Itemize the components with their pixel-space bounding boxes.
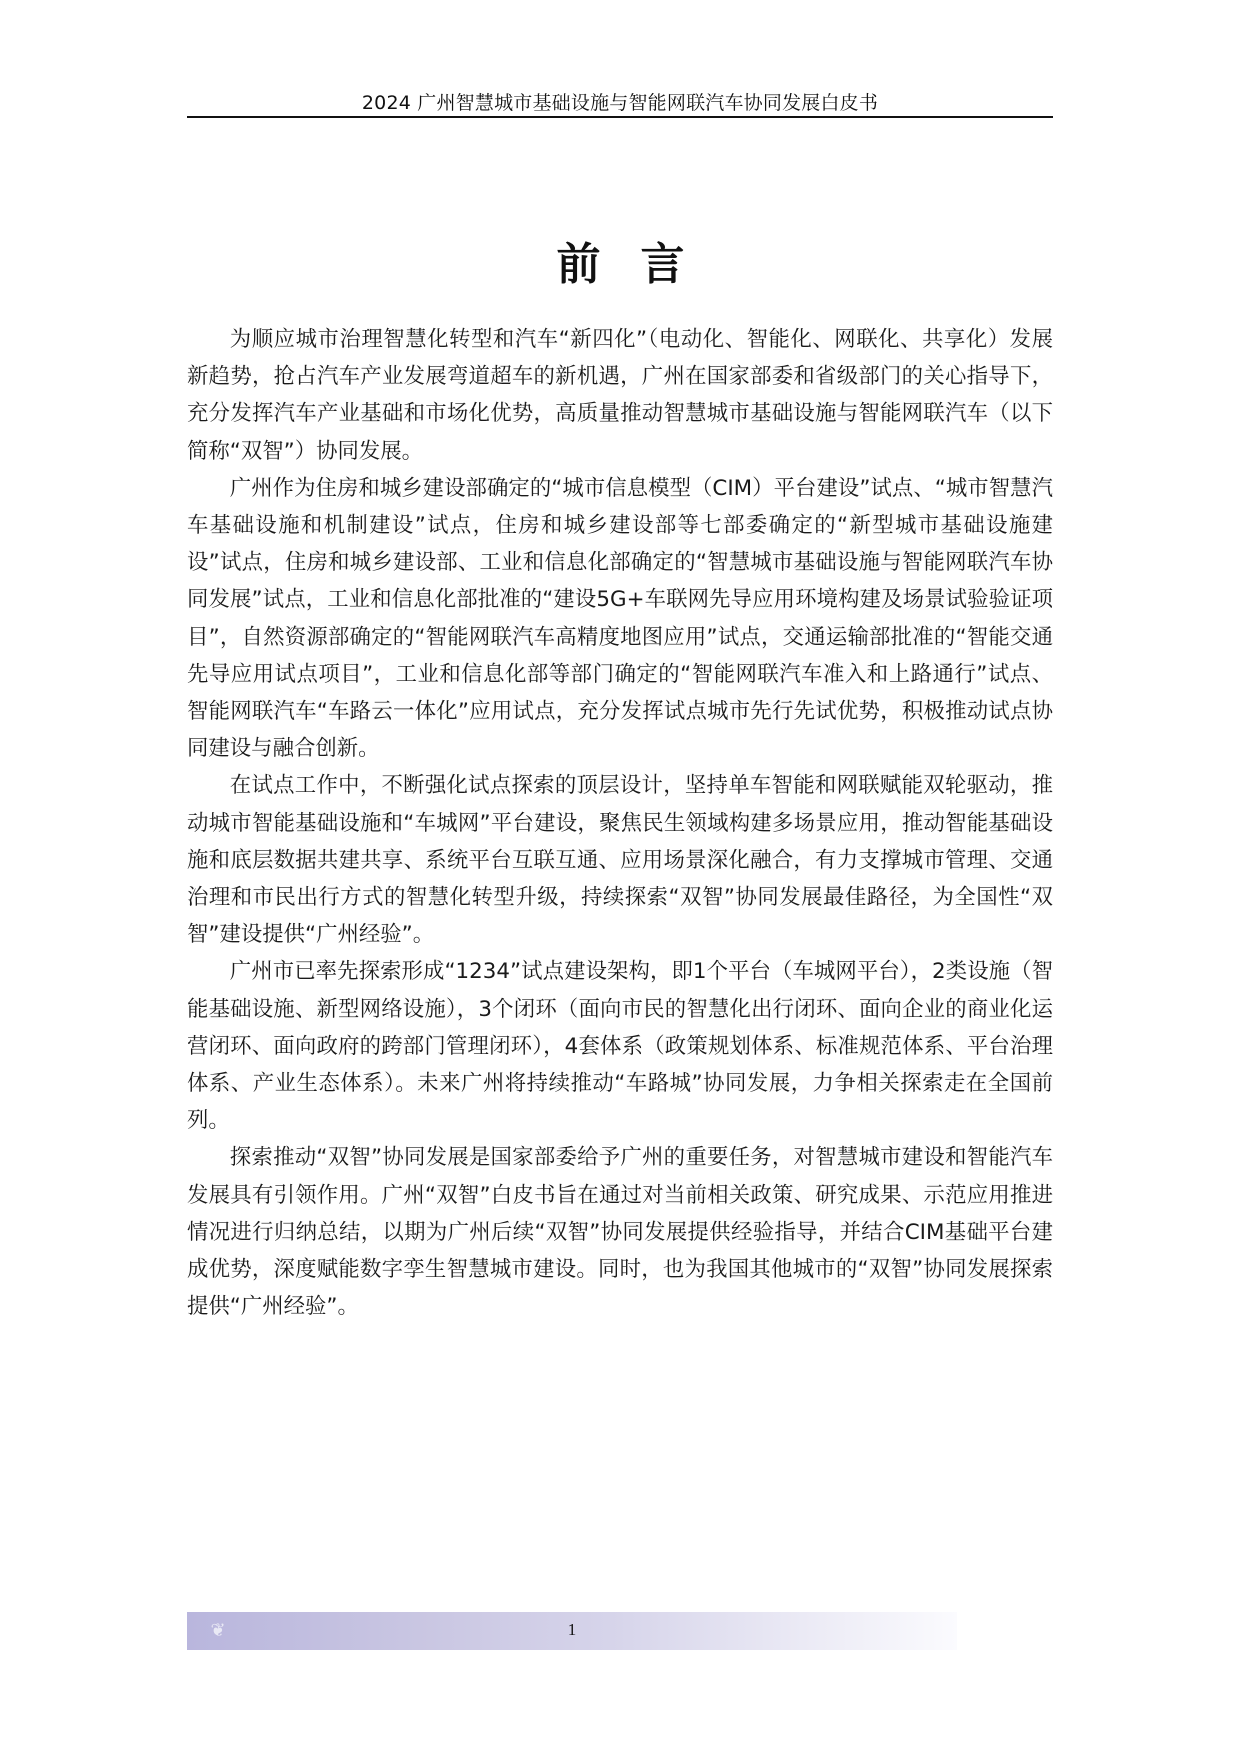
preface-body: 为顺应城市治理智慧化转型和汽车“新四化”（电动化、智能化、网联化、共享化）发展新… — [187, 321, 1053, 1325]
paragraph: 广州作为住房和城乡建设部确定的“城市信息模型（CIM）平台建设”试点、“城市智慧… — [187, 470, 1053, 768]
paragraph: 在试点工作中，不断强化试点探索的顶层设计，坚持单车智能和网联赋能双轮驱动，推动城… — [187, 767, 1053, 953]
paragraph: 广州市已率先探索形成“1234”试点建设架构，即1个平台（车城网平台），2类设施… — [187, 953, 1053, 1139]
running-header: 2024 广州智慧城市基础设施与智能网联汽车协同发展白皮书 — [187, 88, 1053, 115]
page-title: 前言 — [0, 228, 1241, 292]
paragraph: 为顺应城市治理智慧化转型和汽车“新四化”（电动化、智能化、网联化、共享化）发展新… — [187, 321, 1053, 470]
paragraph: 探索推动“双智”协同发展是国家部委给予广州的重要任务，对智慧城市建设和智能汽车发… — [187, 1139, 1053, 1325]
footer-bar: ❦ 1 — [187, 1612, 957, 1650]
header-divider — [187, 116, 1053, 118]
page-number: 1 — [187, 1620, 957, 1640]
